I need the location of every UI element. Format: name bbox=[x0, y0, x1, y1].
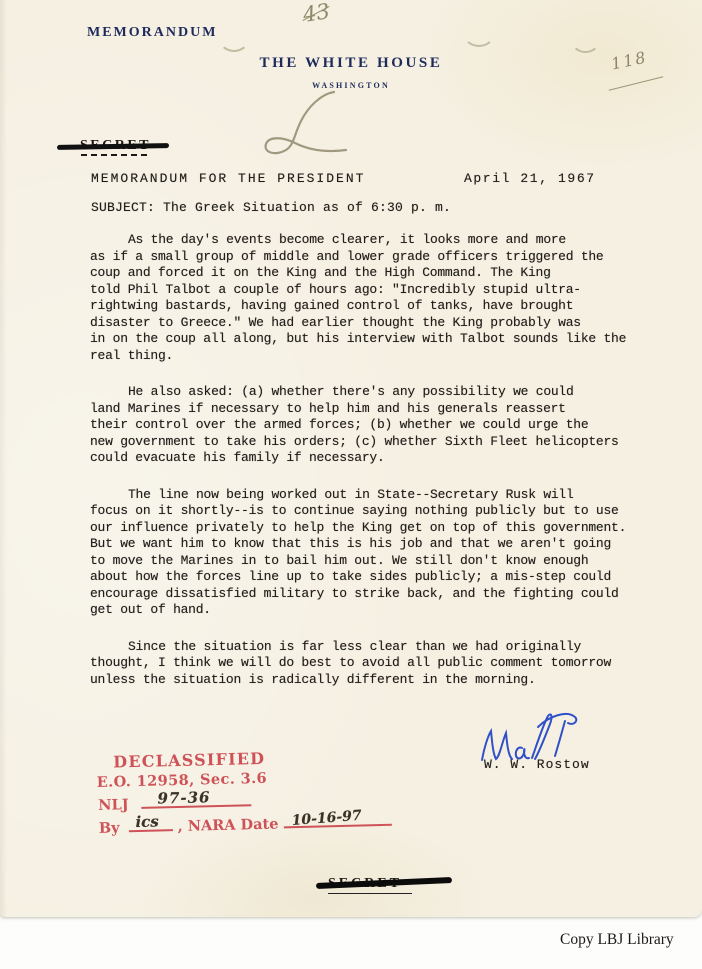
memo-date: April 21, 1967 bbox=[464, 171, 596, 186]
memo-page: MEMORANDUM THE WHITE HOUSE WASHINGTON 43… bbox=[0, 0, 702, 969]
dashed-underline bbox=[81, 154, 147, 156]
subject-line: SUBJECT: The Greek Situation as of 6:30 … bbox=[91, 200, 451, 215]
punch-hole-icon bbox=[463, 19, 495, 47]
signature-typed-name: W. W. Rostow bbox=[484, 757, 590, 772]
memo-paragraph: Since the situation is far less clear th… bbox=[90, 639, 675, 689]
pencil-initial-l-icon bbox=[258, 86, 358, 168]
stamp-date-value: 10-16-97 bbox=[291, 808, 362, 829]
classification-top: SECRET bbox=[80, 136, 151, 154]
stamp-by-label: By bbox=[99, 819, 120, 837]
letterhead-title: THE WHITE HOUSE bbox=[0, 55, 702, 72]
memo-paragraph: As the day's events become clearer, it l… bbox=[90, 232, 675, 364]
classification-bottom: SECRET bbox=[328, 874, 402, 892]
memo-to-line: MEMORANDUM FOR THE PRESIDENT bbox=[91, 171, 365, 186]
solid-underline bbox=[328, 893, 412, 894]
memo-label: MEMORANDUM bbox=[87, 25, 217, 41]
punch-hole-icon bbox=[571, 28, 600, 53]
stamp-by-field: ics bbox=[128, 814, 172, 832]
stamp-nlj-field: 97-36 bbox=[141, 789, 251, 809]
stamp-nlj-value: 97-36 bbox=[157, 788, 210, 807]
stamp-nara-label: , NARA Date bbox=[177, 816, 278, 835]
copy-library-label: Copy LBJ Library bbox=[560, 931, 674, 949]
memo-paragraph: The line now being worked out in State--… bbox=[90, 487, 675, 619]
declassification-stamp: DECLASSIFIED E.O. 12958, Sec. 3.6 NLJ 97… bbox=[92, 747, 344, 837]
memo-paragraph: He also asked: (a) whether there's any p… bbox=[90, 384, 675, 467]
stamp-by-value: ics bbox=[135, 812, 159, 831]
memo-body: As the day's events become clearer, it l… bbox=[90, 232, 675, 708]
punch-hole-icon bbox=[219, 26, 249, 52]
stamp-nlj-label: NLJ bbox=[98, 796, 129, 814]
stamp-date-field: 10-16-97 bbox=[283, 809, 391, 829]
